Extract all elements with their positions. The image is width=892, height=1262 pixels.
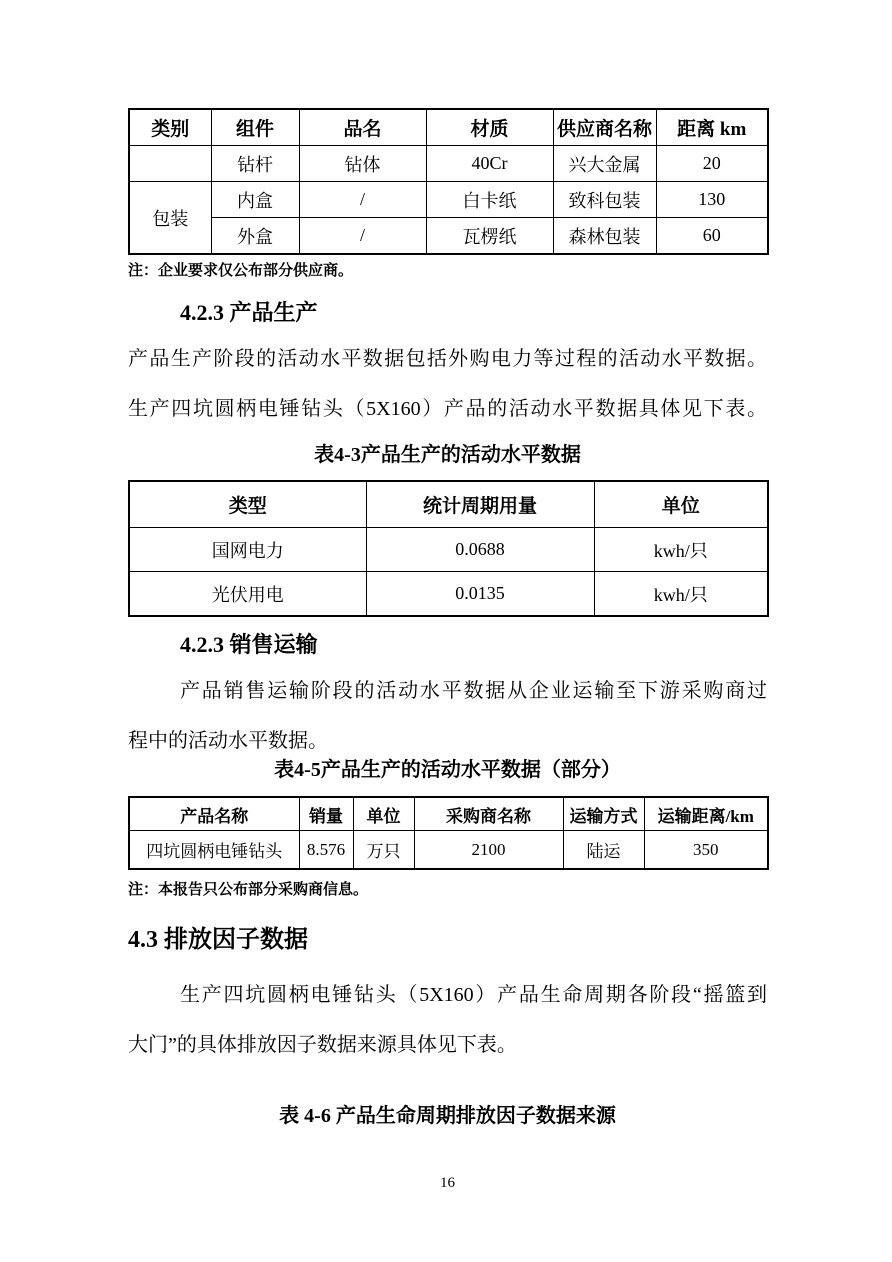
cell-product-name: 钻体 (299, 146, 426, 182)
cell-category-empty (129, 146, 211, 182)
header-sales-volume: 销量 (299, 797, 353, 831)
header-product-name: 产品名称 (129, 797, 299, 831)
cell-buyer: 2100 (414, 831, 563, 870)
page-number: 16 (128, 1173, 767, 1193)
table-row-inner-box: 包装 内盒 / 白卡纸 致科包装 130 (129, 182, 768, 218)
cell-material: 40Cr (426, 146, 553, 182)
cell-transport-mode: 陆运 (563, 831, 644, 870)
header-type: 类型 (129, 481, 366, 528)
emission-paragraph-line-1: 生产四坑圆柄电锤钻头（5X160）产品生命周期各阶段“摇篮到 (128, 970, 767, 1020)
table-row-solar-power: 光伏用电 0.0135 kwh/只 (129, 572, 768, 617)
cell-material: 瓦楞纸 (426, 218, 553, 255)
header-product-name: 品名 (299, 109, 426, 146)
production-paragraph: 产品生产阶段的活动水平数据包括外购电力等过程的活动水平数据。 生产四坑圆柄电锤钻… (128, 334, 767, 434)
table-4-6-title: 表 4-6 产品生命周期排放因子数据来源 (128, 1104, 767, 1128)
table-row-drill: 钻杆 钻体 40Cr 兴大金属 20 (129, 146, 768, 182)
production-activity-table: 类型 统计周期用量 单位 国网电力 0.0688 kwh/只 光伏用电 0.01… (128, 480, 769, 617)
cell-distance: 130 (656, 182, 768, 218)
page-content: 类别 组件 品名 材质 供应商名称 距离 km 钻杆 钻体 40Cr 兴大金属 … (128, 108, 767, 1193)
sales-paragraph-line-1: 产品销售运输阶段的活动水平数据从企业运输至下游采购商过 (128, 666, 767, 716)
cell-type: 光伏用电 (129, 572, 366, 617)
suppliers-table: 类别 组件 品名 材质 供应商名称 距离 km 钻杆 钻体 40Cr 兴大金属 … (128, 108, 769, 255)
section-heading-emission-factors: 4.3 排放因子数据 (128, 924, 767, 956)
header-unit: 单位 (353, 797, 414, 831)
section-heading-production: 4.2.3 产品生产 (128, 299, 767, 326)
cell-product-name: / (299, 182, 426, 218)
header-transport-distance: 运输距离/km (644, 797, 768, 831)
header-distance: 距离 km (656, 109, 768, 146)
cell-supplier: 兴大金属 (553, 146, 656, 182)
cell-usage: 0.0688 (366, 528, 594, 572)
cell-supplier: 致科包装 (553, 182, 656, 218)
cell-supplier: 森林包装 (553, 218, 656, 255)
supplier-table-note: 注：企业要求仅公布部分供应商。 (128, 262, 767, 281)
cell-sales-volume: 8.576 (299, 831, 353, 870)
sales-table-note: 注：本报告只公布部分采购商信息。 (128, 881, 767, 900)
cell-transport-distance: 350 (644, 831, 768, 870)
sales-header-row: 产品名称 销量 单位 采购商名称 运输方式 运输距离/km (129, 797, 768, 831)
production-paragraph-line-1: 产品生产阶段的活动水平数据包括外购电力等过程的活动水平数据。 (128, 334, 767, 384)
production-paragraph-line-2: 生产四坑圆柄电锤钻头（5X160）产品的活动水平数据具体见下表。 (128, 384, 767, 434)
table-row-drill-product: 四坑圆柄电锤钻头 8.576 万只 2100 陆运 350 (129, 831, 768, 870)
header-supplier-name: 供应商名称 (553, 109, 656, 146)
sales-transport-table: 产品名称 销量 单位 采购商名称 运输方式 运输距离/km 四坑圆柄电锤钻头 8… (128, 796, 769, 870)
suppliers-header-row: 类别 组件 品名 材质 供应商名称 距离 km (129, 109, 768, 146)
cell-product-name: / (299, 218, 426, 255)
cell-component: 外盒 (211, 218, 299, 255)
table-4-3-title: 表4-3产品生产的活动水平数据 (128, 443, 767, 467)
cell-material: 白卡纸 (426, 182, 553, 218)
document-page: 类别 组件 品名 材质 供应商名称 距离 km 钻杆 钻体 40Cr 兴大金属 … (0, 0, 892, 1262)
header-unit: 单位 (594, 481, 768, 528)
cell-usage: 0.0135 (366, 572, 594, 617)
header-category: 类别 (129, 109, 211, 146)
emission-paragraph: 生产四坑圆柄电锤钻头（5X160）产品生命周期各阶段“摇篮到 大门”的具体排放因… (128, 970, 767, 1070)
cell-type: 国网电力 (129, 528, 366, 572)
cell-unit: kwh/只 (594, 528, 768, 572)
cell-category-packaging: 包装 (129, 182, 211, 255)
header-buyer-name: 采购商名称 (414, 797, 563, 831)
cell-product-name: 四坑圆柄电锤钻头 (129, 831, 299, 870)
section-heading-sales: 4.2.3 销售运输 (128, 631, 767, 658)
table-row-grid-power: 国网电力 0.0688 kwh/只 (129, 528, 768, 572)
sales-paragraph: 产品销售运输阶段的活动水平数据从企业运输至下游采购商过 程中的活动水平数据。 (128, 666, 767, 766)
cell-distance: 20 (656, 146, 768, 182)
header-component: 组件 (211, 109, 299, 146)
cell-unit: 万只 (353, 831, 414, 870)
cell-component: 钻杆 (211, 146, 299, 182)
header-material: 材质 (426, 109, 553, 146)
production-header-row: 类型 统计周期用量 单位 (129, 481, 768, 528)
table-row-outer-box: 外盒 / 瓦楞纸 森林包装 60 (129, 218, 768, 255)
header-transport-mode: 运输方式 (563, 797, 644, 831)
cell-unit: kwh/只 (594, 572, 768, 617)
cell-component: 内盒 (211, 182, 299, 218)
cell-distance: 60 (656, 218, 768, 255)
emission-paragraph-line-2: 大门”的具体排放因子数据来源具体见下表。 (128, 1020, 767, 1070)
header-period-usage: 统计周期用量 (366, 481, 594, 528)
